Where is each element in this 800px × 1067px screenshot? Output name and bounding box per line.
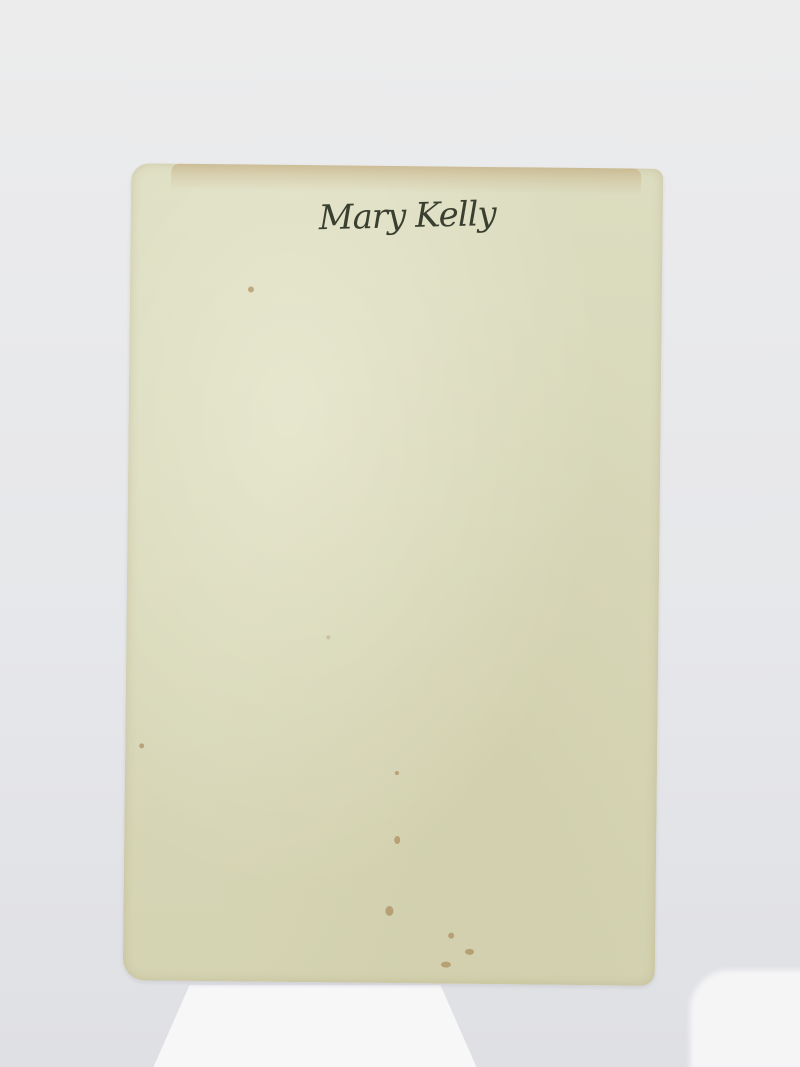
top-edge-stain (171, 164, 641, 195)
foxing-spot (395, 771, 399, 775)
antique-card-back: Mary Kelly (123, 163, 664, 986)
foxing-spot (465, 949, 474, 955)
handwritten-signature: Mary Kelly (318, 194, 496, 238)
foxing-spot (448, 933, 454, 939)
foxing-spot (139, 743, 144, 748)
foxing-spot (326, 635, 330, 639)
foxing-spot (248, 286, 254, 292)
foxing-spot (441, 962, 451, 968)
light-reflection (150, 985, 480, 1067)
foxing-spot (394, 836, 400, 844)
light-reflection-right (690, 970, 800, 1067)
foxing-spot (385, 906, 393, 916)
